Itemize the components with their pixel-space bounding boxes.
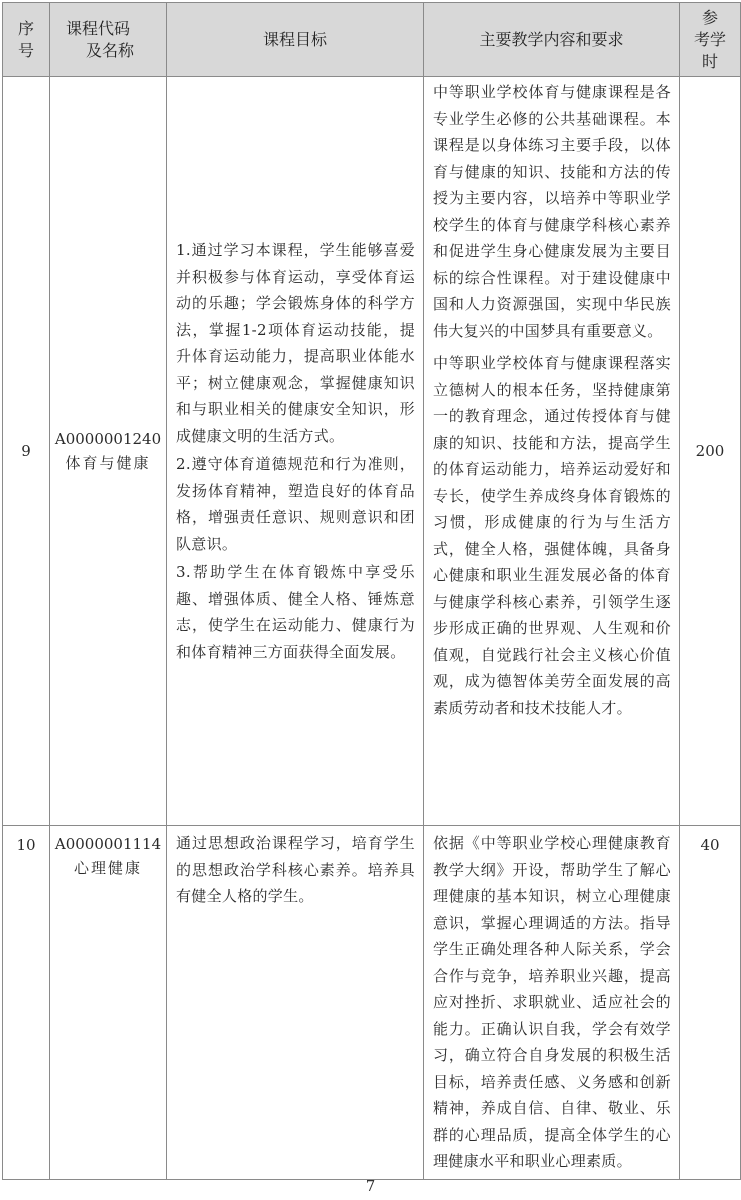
course-name: 体育与健康 (50, 451, 166, 475)
header-content-label: 主要教学内容和要求 (479, 30, 623, 49)
row-code-name: A0000001240 体育与健康 (50, 77, 167, 826)
header-code-name: 课程代码 及名称 (50, 3, 167, 77)
goal-paragraph: 3.帮助学生在体育锻炼中享受乐趣、增强体质、健全人格、锤炼意志，使学生在运动能力… (176, 559, 415, 665)
header-row: 序 号 课程代码 及名称 课程目标 主要教学内容和要求 参 考学 (3, 3, 741, 77)
course-table: 序 号 课程代码 及名称 课程目标 主要教学内容和要求 参 考学 (2, 2, 741, 1180)
header-hours-line-1: 参 (702, 7, 718, 29)
row-index: 10 (3, 826, 50, 1180)
header-index: 序 号 (3, 3, 50, 77)
header-code-line-2: 及名称 (66, 40, 134, 62)
header-hours-line-3: 时 (702, 51, 718, 73)
row-goals: 1.通过学习本课程，学生能够喜爱并积极参与体育运动，享受体育运动的乐趣；学会锻炼… (167, 77, 424, 826)
header-goals: 课程目标 (167, 3, 424, 77)
goal-paragraph: 2.遵守体育道德规范和行为准则，发扬体育精神，塑造良好的体育品格，增强责任意识、… (176, 451, 415, 557)
header-hours-line-2: 考学 (694, 29, 726, 51)
table-row: 9 A0000001240 体育与健康 1.通过学习本课程，学生能够喜爱并积极参… (3, 77, 741, 826)
row-goals: 通过思想政治课程学习，培育学生的思想政治学科核心素养。培养具有健全人格的学生。 (167, 826, 424, 1180)
course-name: 心理健康 (50, 856, 166, 880)
row-hours: 200 (680, 77, 741, 826)
header-content: 主要教学内容和要求 (424, 3, 680, 77)
row-content: 依据《中等职业学校心理健康教育教学大纲》开设，帮助学生了解心理健康的基本知识，树… (424, 826, 680, 1180)
row-index-value: 10 (3, 826, 49, 859)
header-goals-label: 课程目标 (263, 30, 327, 49)
content-paragraph: 中等职业学校体育与健康课程是各专业学生必修的公共基础课程。本课程是以身体练习主要… (433, 79, 671, 344)
goal-paragraph: 通过思想政治课程学习，培育学生的思想政治学科核心素养。培养具有健全人格的学生。 (176, 830, 415, 910)
content-paragraph: 依据《中等职业学校心理健康教育教学大纲》开设，帮助学生了解心理健康的基本知识，树… (433, 830, 671, 1175)
content-paragraph: 中等职业学校体育与健康课程落实立德树人的根本任务，坚持健康第一的教育理念，通过传… (433, 350, 671, 721)
row-hours-value: 40 (680, 826, 740, 859)
row-hours: 40 (680, 826, 741, 1180)
header-hours: 参 考学 时 (680, 3, 741, 77)
table-row: 10 A0000001114 心理健康 通过思想政治课程学习，培育学生的思想政治… (3, 826, 741, 1180)
goal-paragraph: 1.通过学习本课程，学生能够喜爱并积极参与体育运动，享受体育运动的乐趣；学会锻炼… (176, 237, 415, 449)
header-index-line-1: 序 (18, 18, 34, 40)
row-content: 中等职业学校体育与健康课程是各专业学生必修的公共基础课程。本课程是以身体练习主要… (424, 77, 680, 826)
course-code: A0000001114 (50, 832, 166, 856)
row-code-name: A0000001114 心理健康 (50, 826, 167, 1180)
row-index: 9 (3, 77, 50, 826)
course-code: A0000001240 (50, 427, 166, 451)
page-number: 7 (0, 1177, 741, 1195)
header-code-line-1: 课程代码 (66, 18, 130, 40)
header-index-line-2: 号 (18, 40, 34, 62)
